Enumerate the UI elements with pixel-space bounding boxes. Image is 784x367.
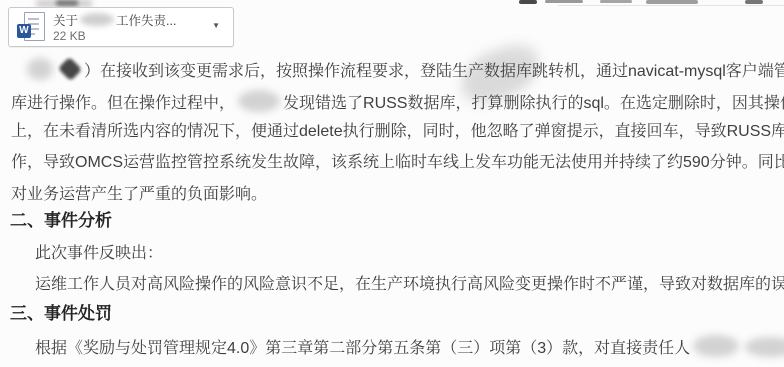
word-logo-badge: W <box>17 24 31 38</box>
attachment-card[interactable]: W 关于 工作失责... 22 KB ▼ <box>8 7 234 47</box>
text-segment: 运维工作人员对高风险操作的风险意识不足，在生产环境执行高风险变更操作时不严谨，导… <box>35 276 784 293</box>
text-line: 作，导致OMCS运营监控管控系统发生故障，该系统上临时车线上发车功能无法使用并持… <box>11 152 784 174</box>
section-heading: 三、事件处罚 <box>10 303 112 325</box>
text-line: 对业务运营产生了严重的负面影响。 <box>11 184 267 206</box>
redacted-name-blur <box>80 13 114 26</box>
section-heading: 二、事件分析 <box>10 210 112 232</box>
cropped-text-artifact <box>600 0 632 3</box>
text-line: 此次事件反映出： <box>35 243 163 265</box>
text-line: 根据《奖励与处罚管理规定4.0》第三章第二部分第五条第（三）项第（3）款，对直接… <box>35 335 784 360</box>
text-line: 库进行操作。但在操作过程中，发现错选了RUSS数据库，打算删除执行的sql。在选… <box>11 90 784 115</box>
text-segment: 作，导致OMCS运营监控管控系统发生故障，该系统上临时车线上发车功能无法使用并持… <box>11 154 784 171</box>
cropped-text-artifact <box>745 0 763 4</box>
redacted-name-blur <box>58 57 82 81</box>
filename-suffix: 工作失责... <box>116 11 176 29</box>
text-segment: 对业务运营产生了严重的负面影响。 <box>11 186 267 203</box>
attachment-filename[interactable]: 关于 工作失责... <box>53 12 203 27</box>
redacted-name-blur <box>745 337 784 357</box>
word-file-icon: W <box>17 12 45 42</box>
screenshot-root: W 关于 工作失责... 22 KB ▼ ）在接收到该变更需求后，按照操作流程要… <box>0 0 784 367</box>
text-segment: 二、事件分析 <box>10 211 112 230</box>
cropped-text-artifact <box>519 0 537 4</box>
text-line: 上，在未看清所选内容的情况下，便通过delete执行删除，同时，他忽略了弹窗提示… <box>11 121 784 143</box>
attachment-info: 关于 工作失责... 22 KB <box>53 12 203 43</box>
cropped-text-artifact <box>545 0 583 3</box>
text-segment: 根据《奖励与处罚管理规定4.0》第三章第二部分第五条第（三）项第（3）款，对直接… <box>35 340 690 357</box>
text-line: ）在接收到该变更需求后，按照操作流程要求，登陆生产数据库跳转机，通过navica… <box>24 58 784 83</box>
text-segment: 上，在未看清所选内容的情况下，便通过delete执行删除，同时，他忽略了弹窗提示… <box>11 123 784 140</box>
cropped-text-artifact <box>646 0 698 4</box>
text-segment: ）在接收到该变更需求后，按照操作流程要求，登陆生产数据库跳转机，通过navica… <box>84 63 784 80</box>
filename-prefix: 关于 <box>53 11 78 29</box>
chevron-down-icon[interactable]: ▼ <box>212 21 220 30</box>
redacted-name-blur <box>238 90 280 112</box>
redacted-name-blur <box>693 335 739 357</box>
text-segment: 三、事件处罚 <box>10 304 112 323</box>
attachment-filesize: 22 KB <box>53 29 203 43</box>
text-segment: 库进行操作。但在操作过程中， <box>11 95 235 112</box>
text-segment: 此次事件反映出： <box>35 245 163 262</box>
text-segment: 发现错选了RUSS数据库，打算删除执行的sql。在选定删除时，因其操作不严谨，光… <box>283 95 784 112</box>
text-line: 运维工作人员对高风险操作的风险意识不足，在生产环境执行高风险变更操作时不严谨，导… <box>35 274 784 296</box>
cropped-text-artifact <box>56 0 78 6</box>
redacted-name-blur <box>27 58 53 80</box>
divider <box>558 5 784 6</box>
